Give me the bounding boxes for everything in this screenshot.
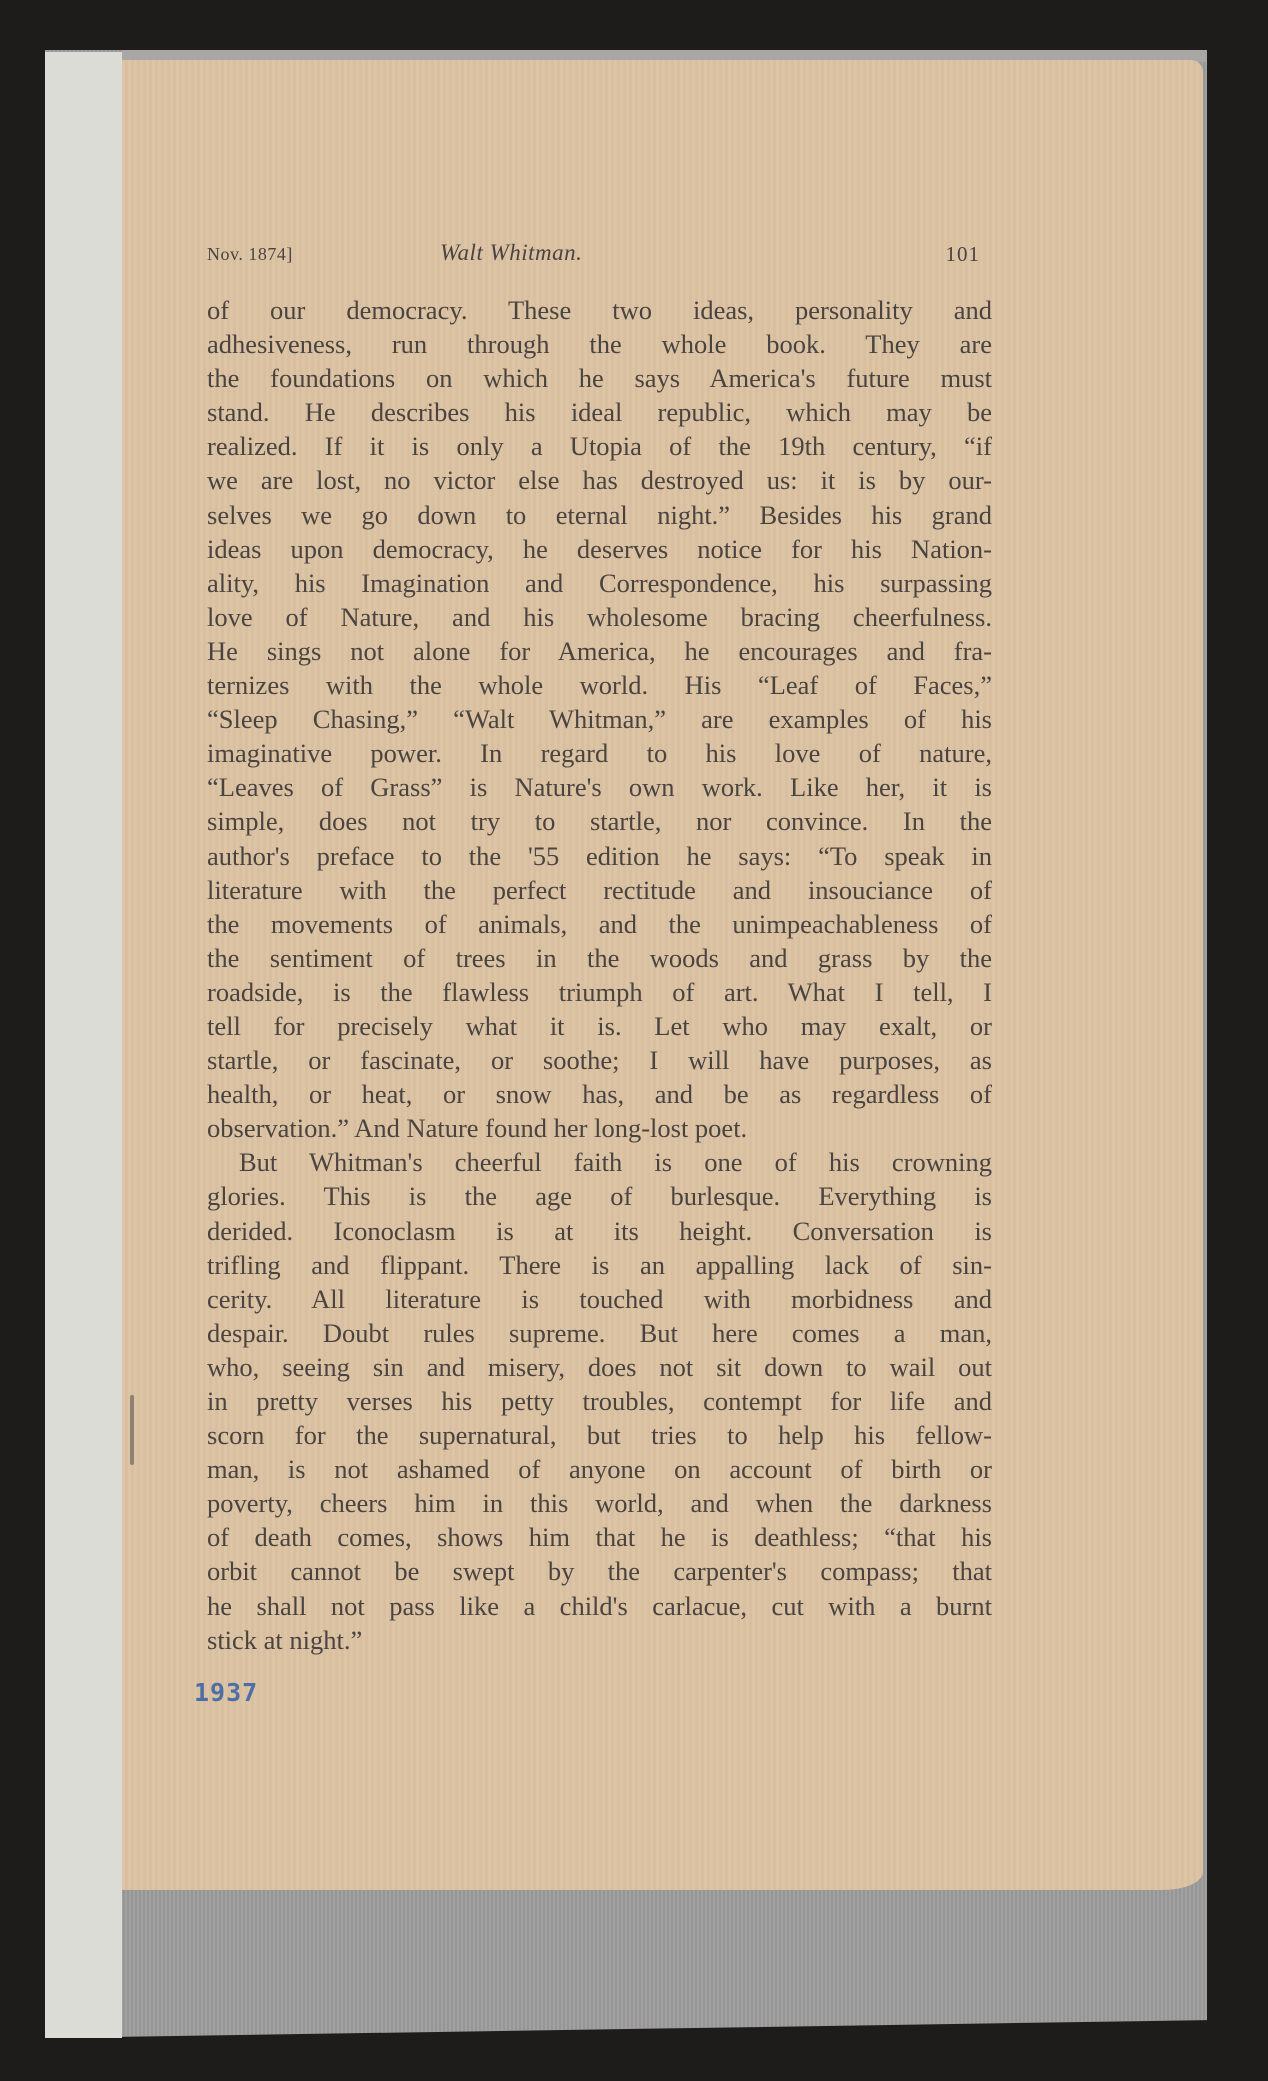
body-text: of our democracy. These two ideas, perso… [207,293,992,1657]
text-line: derided. Iconoclasm is at its height. Co… [207,1214,992,1248]
text-line: But Whitman's cheerful faith is one of h… [207,1145,992,1179]
page-number: 101 [946,242,981,267]
paragraph: But Whitman's cheerful faith is one of h… [207,1145,992,1656]
text-line: “Sleep Chasing,” “Walt Whitman,” are exa… [207,702,992,736]
text-line: trifling and flippant. There is an appal… [207,1248,992,1282]
page-edge-mark [130,1395,134,1465]
text-line: poverty, cheers him in this world, and w… [207,1486,992,1520]
text-line: he shall not pass like a child's carlacu… [207,1589,992,1623]
running-head: Nov. 1874] Walt Whitman. 101 [207,240,992,270]
paragraph: of our democracy. These two ideas, perso… [207,293,992,1145]
text-line: despair. Doubt rules supreme. But here c… [207,1316,992,1350]
text-line: health, or heat, or snow has, and be as … [207,1077,992,1111]
text-line: “Leaves of Grass” is Nature's own work. … [207,770,992,804]
text-line: literature with the perfect rectitude an… [207,873,992,907]
text-line: the foundations on which he says America… [207,361,992,395]
text-line: who, seeing sin and misery, does not sit… [207,1350,992,1384]
text-line: we are lost, no victor else has destroye… [207,463,992,497]
text-line: man, is not ashamed of anyone on account… [207,1452,992,1486]
text-line: ideas upon democracy, he deserves notice… [207,532,992,566]
running-head-title: Walt Whitman. [440,240,582,266]
text-line: of death comes, shows him that he is dea… [207,1520,992,1554]
text-line: in pretty verses his petty troubles, con… [207,1384,992,1418]
text-line: adhesiveness, run through the whole book… [207,327,992,361]
running-head-date: Nov. 1874] [207,244,293,265]
text-line: the movements of animals, and the unimpe… [207,907,992,941]
accession-stamp: 1937 [194,1678,258,1707]
text-line: glories. This is the age of burlesque. E… [207,1179,992,1213]
text-line: cerity. All literature is touched with m… [207,1282,992,1316]
text-line: author's preface to the '55 edition he s… [207,839,992,873]
text-line: of our democracy. These two ideas, perso… [207,293,992,327]
text-line: imaginative power. In regard to his love… [207,736,992,770]
text-line: observation.” And Nature found her long-… [207,1111,992,1145]
text-line: tell for precisely what it is. Let who m… [207,1009,992,1043]
text-line: the sentiment of trees in the woods and … [207,941,992,975]
text-line: selves we go down to eternal night.” Bes… [207,498,992,532]
text-line: roadside, is the flawless triumph of art… [207,975,992,1009]
text-line: stick at night.” [207,1623,992,1657]
text-line: realized. If it is only a Utopia of the … [207,429,992,463]
text-line: love of Nature, and his wholesome bracin… [207,600,992,634]
text-line: ality, his Imagination and Correspondenc… [207,566,992,600]
text-line: scorn for the supernatural, but tries to… [207,1418,992,1452]
text-line: startle, or fascinate, or soothe; I will… [207,1043,992,1077]
text-line: ternizes with the whole world. His “Leaf… [207,668,992,702]
mount-strip [45,52,122,2038]
text-line: simple, does not try to startle, nor con… [207,804,992,838]
text-line: stand. He describes his ideal republic, … [207,395,992,429]
text-line: orbit cannot be swept by the carpenter's… [207,1554,992,1588]
text-line: He sings not alone for America, he encou… [207,634,992,668]
